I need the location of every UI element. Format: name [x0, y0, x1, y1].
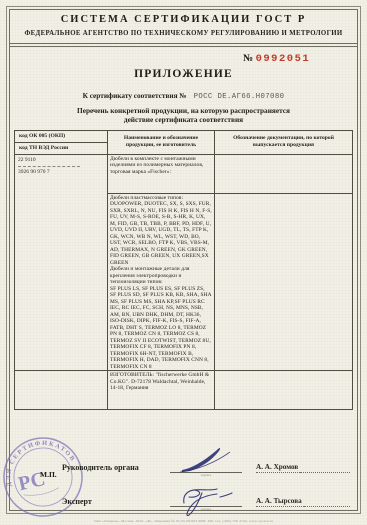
header-divider — [9, 43, 358, 47]
mounting-dowels-types: SF PLUS LS, SF PLUS ES, SF PLUS ZS, SF P… — [110, 286, 212, 371]
signatures-block: Руководитель органа подпись А. А. Хромов… — [62, 447, 350, 515]
agency-line: ФЕДЕРАЛЬНОЕ АГЕНТСТВО ПО ТЕХНИЧЕСКОМУ РЕ… — [0, 30, 367, 37]
blank-number-value: 0992051 — [256, 53, 311, 65]
head-signature-line: подпись — [170, 459, 242, 473]
product-types-cell: Дюбели пластмассовые типов: DUOPOWER, DU… — [108, 194, 215, 372]
tnved-code: 3926 90 970 7 — [18, 169, 104, 176]
printer-imprint: ЗАО «Опцион», Москва, 2010, «В». Лицензи… — [0, 519, 367, 523]
codes-cell-empty — [15, 194, 108, 372]
header-okp: код ОК 005 (ОКП) — [15, 131, 107, 143]
header-tnved: код ТН ВЭД России — [15, 143, 107, 154]
system-title: СИСТЕМА СЕРТИФИКАЦИИ ГОСТ Р — [0, 14, 367, 25]
docs-cell — [215, 194, 352, 372]
cert-reference-label: К сертификату соответствия № — [83, 91, 187, 100]
manufacturer-cell: ИЗГОТОВИТЕЛЬ: "fischerwerke GmbH & Co.KG… — [108, 371, 215, 409]
mounting-dowels-title: Дюбели и монтажные детали для крепления … — [110, 266, 212, 286]
head-signature-label: Руководитель органа — [62, 463, 170, 473]
head-signature-ink — [178, 446, 236, 474]
table-body: 22 9110 3926 90 970 7 Дюбели в комплекте… — [15, 155, 352, 410]
table-row: Дюбели пластмассовые типов: DUOPOWER, DU… — [15, 194, 352, 372]
expert-signature-label: Эксперт — [62, 497, 170, 507]
codes-cell: 22 9110 3926 90 970 7 — [15, 155, 108, 194]
plastic-dowels-types: DUOPOWER, DUOTEC, SX, S, SXS, FUR, SXR, … — [110, 201, 212, 266]
certificate-page: СИСТЕМА СЕРТИФИКАЦИИ ГОСТ Р ФЕДЕРАЛЬНОЕ … — [0, 0, 367, 525]
dotted-fill — [304, 498, 350, 507]
codes-dashed-divider — [18, 165, 80, 167]
head-signature-row: Руководитель органа подпись А. А. Хромов — [62, 447, 350, 473]
expert-signature-ink — [176, 487, 234, 519]
blank-number-prefix: № — [243, 53, 253, 64]
expert-name-wrap: А. А. Тырсова — [256, 497, 350, 507]
docs-cell — [215, 155, 352, 194]
cert-reference-line: К сертификату соответствия № РОСС DE.АГ6… — [0, 91, 367, 101]
okp-code: 22 9110 — [18, 157, 36, 164]
table-row: ИЗГОТОВИТЕЛЬ: "fischerwerke GmbH & Co.KG… — [15, 371, 352, 409]
products-table: код ОК 005 (ОКП) код ТН ВЭД России Наиме… — [14, 130, 353, 410]
codes-cell-empty — [15, 371, 108, 409]
cert-number: РОСС DE.АГ66.Н07080 — [194, 93, 285, 101]
expert-name: А. А. Тырсова — [256, 497, 304, 507]
subtitle: Перечень конкретной продукции, на котору… — [0, 106, 367, 124]
table-header-row: код ОК 005 (ОКП) код ТН ВЭД России Наиме… — [15, 131, 352, 155]
subtitle-line2: действие сертификата соответствия — [0, 115, 367, 124]
header-cell-product: Наименование и обозначение продукции, ее… — [108, 131, 215, 154]
doc-title: ПРИЛОЖЕНИЕ — [0, 68, 367, 80]
table-row: 22 9110 3926 90 970 7 Дюбели в комплекте… — [15, 155, 352, 194]
header-cell-docs: Обозначение документации, по которой вып… — [215, 131, 352, 154]
product-intro-cell: Дюбели в комплекте с монтажными изделиям… — [108, 155, 215, 194]
blank-number: № 0992051 — [243, 53, 310, 65]
header-cell-codes: код ОК 005 (ОКП) код ТН ВЭД России — [15, 131, 108, 154]
subtitle-line1: Перечень конкретной продукции, на котору… — [0, 106, 367, 115]
head-name: А. А. Хромов — [256, 463, 300, 473]
docs-cell — [215, 371, 352, 409]
mp-seal-label: М.П. — [40, 470, 57, 479]
expert-signature-line: подпись — [170, 493, 242, 507]
dotted-fill — [300, 464, 350, 473]
head-name-wrap: А. А. Хромов — [256, 463, 350, 473]
expert-signature-row: Эксперт подпись А. А. Тырсова — [62, 481, 350, 507]
